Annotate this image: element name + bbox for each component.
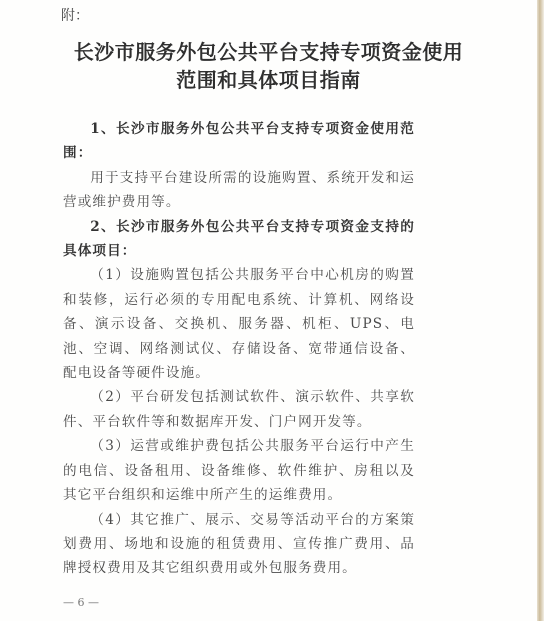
section-heading-2: 2、长沙市服务外包公共平台支持专项资金支持的具体项目： [63, 215, 415, 264]
page-edge [537, 0, 544, 621]
item-3-operations: （3）运营或维护费包括公共服务平台运行中产生的电信、设备租用、设备维修、软件维护… [63, 434, 415, 507]
section-heading-1: 1、长沙市服务外包公共平台支持专项资金使用范围： [63, 117, 415, 166]
page-number: — 6 — [63, 596, 99, 609]
title-line-2: 范围和具体项目指南 [0, 66, 537, 94]
document-title: 长沙市服务外包公共平台支持专项资金使用 范围和具体项目指南 [0, 38, 537, 94]
attachment-label: 附： [61, 5, 89, 25]
document-page: 附： 长沙市服务外包公共平台支持专项资金使用 范围和具体项目指南 1、长沙市服务… [0, 0, 537, 621]
section-1-paragraph: 用于支持平台建设所需的设施购置、系统开发和运营或维护费用等。 [63, 166, 415, 215]
title-line-1: 长沙市服务外包公共平台支持专项资金使用 [0, 38, 537, 66]
item-1-facilities: （1）设施购置包括公共服务平台中心机房的购置和装修，运行必须的专用配电系统、计算… [63, 263, 415, 385]
item-4-promotion: （4）其它推广、展示、交易等活动平台的方案策划费用、场地和设施的租赁费用、宣传推… [63, 508, 415, 581]
document-body: 1、长沙市服务外包公共平台支持专项资金使用范围： 用于支持平台建设所需的设施购置… [63, 117, 415, 581]
item-2-development: （2）平台研发包括测试软件、演示软件、共享软件、平台软件等和数据库开发、门户网开… [63, 385, 415, 434]
